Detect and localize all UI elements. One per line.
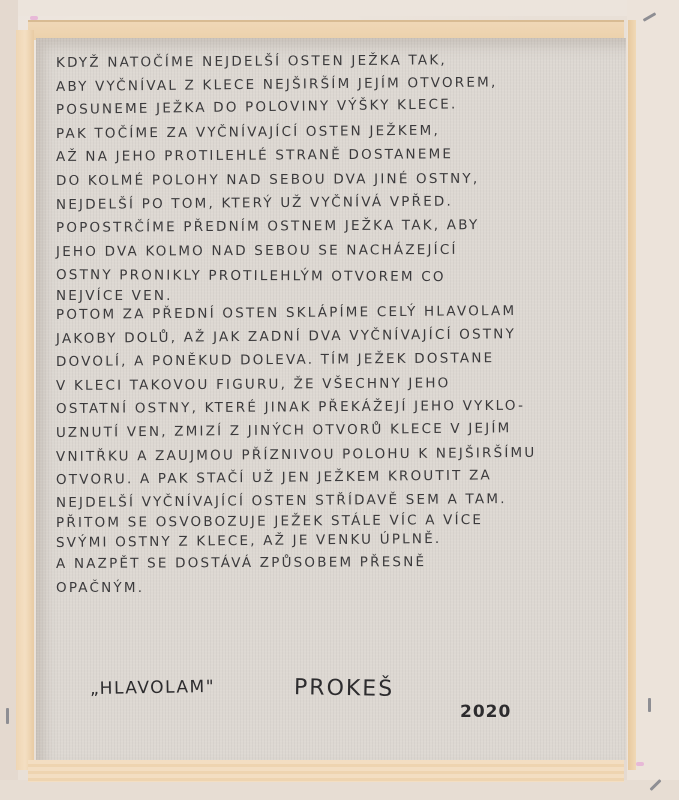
artist-signature: PROKEŠ	[294, 675, 395, 702]
canvas-fold-bottom	[0, 780, 679, 800]
canvas-back: KDYŽ NATOČÍME NEJDELŠÍ OSTEN JEŽKA TAK, …	[0, 0, 679, 800]
stretcher-bar-top	[28, 20, 624, 40]
canvas-fold-top	[0, 0, 679, 16]
staple-icon	[6, 708, 9, 724]
pink-mark	[636, 762, 644, 766]
text-line: OPAČNÝM.	[56, 575, 616, 601]
artwork-year: 2020	[460, 702, 511, 722]
inscription-panel: KDYŽ NATOČÍME NEJDELŠÍ OSTEN JEŽKA TAK, …	[36, 38, 626, 760]
text-line: DOVOLÍ, A PONĚKUD DOLEVA. TÍM JEŽEK DOST…	[56, 346, 616, 374]
stretcher-bar-left	[16, 30, 34, 770]
staple-icon	[648, 698, 651, 712]
text-line: AŽ NA JEHO PROTILEHLÉ STRANĚ DOSTANEME	[56, 142, 616, 170]
stretcher-bar-bottom	[28, 760, 624, 782]
stretcher-bar-right	[628, 20, 636, 770]
text-line: POPOSTRČÍME PŘEDNÍM OSTNEM JEŽKA TAK, AB…	[56, 213, 616, 241]
pink-mark	[30, 16, 38, 20]
text-line: OSTNY PRONIKLY PROTILEHLÝM OTVOREM CO	[56, 264, 616, 291]
text-line: A NAZPĚT SE DOSTÁVÁ ZPŮSOBEM PŘESNĚ	[56, 550, 616, 575]
text-line: JEHO DVA KOLMO NAD SEBOU SE NACHÁZEJÍCÍ	[56, 238, 616, 265]
artwork-title: „HLAVOLAM"	[90, 677, 215, 699]
handwritten-text: KDYŽ NATOČÍME NEJDELŠÍ OSTEN JEŽKA TAK, …	[56, 52, 616, 601]
